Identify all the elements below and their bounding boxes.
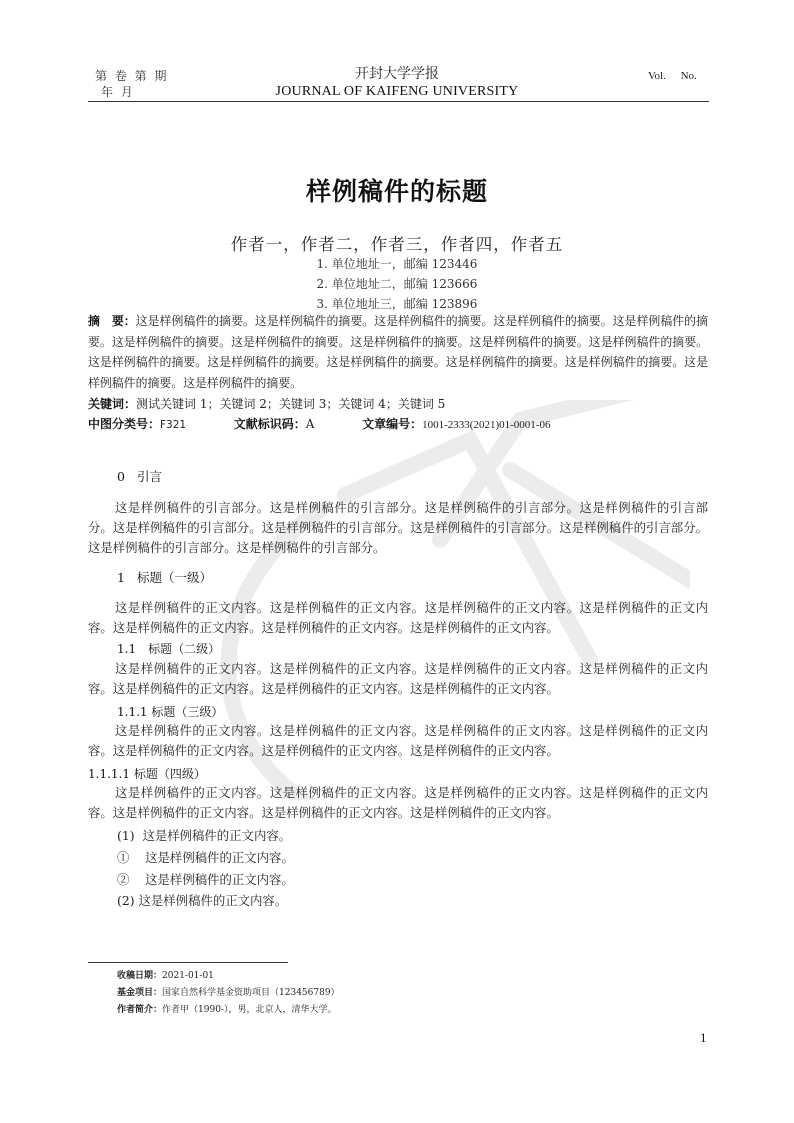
author-list: 作者一，作者二，作者三，作者四，作者五 bbox=[0, 231, 794, 255]
doc-code-value: A bbox=[306, 417, 315, 431]
vol-no: Vol. No. bbox=[648, 70, 697, 82]
section-title: 标题（三级） bbox=[151, 705, 223, 719]
abstract: 摘 要：这是样例稿件的摘要。这是样例稿件的摘要。这是样例稿件的摘要。这是样例稿件… bbox=[88, 311, 708, 393]
footnote-received-date: 收稿日期：2021-01-01 bbox=[117, 968, 214, 981]
footnote-label: 基金项目： bbox=[117, 988, 162, 998]
page-number: 1 bbox=[700, 1030, 707, 1046]
affiliation-1: 1. 单位地址一，邮编 123446 bbox=[0, 255, 794, 272]
no-label: No. bbox=[681, 70, 697, 82]
footnote-label: 收稿日期： bbox=[117, 971, 162, 981]
section-heading-1-1-1: 1.1.1 标题（三级） bbox=[117, 703, 223, 720]
footnote-value: 作者甲（1990-），男，北京人，清华大学。 bbox=[162, 1005, 336, 1015]
footnote-value: 2021-01-01 bbox=[162, 971, 214, 981]
section-number: 1 bbox=[117, 570, 125, 585]
affiliation-2: 2. 单位地址二，邮编 123666 bbox=[0, 275, 794, 292]
doc-code-label: 文献标识码： bbox=[234, 417, 306, 431]
section-1-1-paragraph: 这是样例稿件的正文内容。这是样例稿件的正文内容。这是样例稿件的正文内容。这是样例… bbox=[88, 659, 708, 699]
abstract-label: 摘 要： bbox=[88, 314, 136, 328]
article-no-value: 1001-2333(2021)01-0001-06 bbox=[422, 419, 550, 431]
section-title: 引言 bbox=[137, 469, 162, 484]
list-marker: ② bbox=[117, 872, 129, 887]
keywords-text: 测试关键词 1；关键词 2；关键词 3；关键词 4；关键词 5 bbox=[136, 397, 445, 411]
list-item: ② 这是样例稿件的正文内容。 bbox=[117, 870, 294, 888]
section-number: 1.1.1 bbox=[117, 705, 148, 719]
list-text: 这是样例稿件的正文内容。 bbox=[145, 850, 294, 865]
section-1-paragraph: 这是样例稿件的正文内容。这是样例稿件的正文内容。这是样例稿件的正文内容。这是样例… bbox=[88, 598, 708, 638]
header-divider bbox=[88, 101, 709, 102]
section-1-1-1-paragraph: 这是样例稿件的正文内容。这是样例稿件的正文内容。这是样例稿件的正文内容。这是样例… bbox=[88, 721, 708, 761]
keywords-label: 关键词： bbox=[88, 397, 136, 411]
list-text: 这是样例稿件的正文内容。 bbox=[139, 893, 288, 908]
abstract-text: 这是样例稿件的摘要。这是样例稿件的摘要。这是样例稿件的摘要。这是样例稿件的摘要。… bbox=[88, 314, 708, 390]
section-heading-1: 1标题（一级） bbox=[117, 568, 212, 586]
intro-paragraph: 这是样例稿件的引言部分。这是样例稿件的引言部分。这是样例稿件的引言部分。这是样例… bbox=[88, 498, 708, 558]
section-title: 标题（一级） bbox=[137, 570, 212, 585]
footnote-label: 作者简介： bbox=[117, 1005, 162, 1015]
journal-name-en: JOURNAL OF KAIFENG UNIVERSITY bbox=[0, 83, 794, 100]
section-title: 标题（二级） bbox=[148, 642, 220, 656]
classification-line: 中图分类号：F321 文献标识码：A 文章编号：1001-2333(2021)0… bbox=[88, 415, 708, 432]
list-marker: (2) bbox=[117, 893, 135, 908]
keywords: 关键词：测试关键词 1；关键词 2；关键词 3；关键词 4；关键词 5 bbox=[88, 395, 445, 412]
vol-label: Vol. bbox=[648, 70, 666, 82]
article-title: 样例稿件的标题 bbox=[0, 172, 794, 208]
section-number: 1.1.1.1 bbox=[88, 767, 130, 781]
list-marker: (1) bbox=[117, 828, 135, 843]
list-item: (1) 这是样例稿件的正文内容。 bbox=[117, 826, 291, 844]
footnote-funding: 基金项目：国家自然科学基金资助项目（123456789） bbox=[117, 985, 340, 998]
list-marker: ① bbox=[117, 850, 129, 865]
footnote-divider bbox=[88, 962, 288, 963]
section-1-1-1-1-paragraph: 这是样例稿件的正文内容。这是样例稿件的正文内容。这是样例稿件的正文内容。这是样例… bbox=[88, 783, 708, 823]
section-heading-1-1: 1.1标题（二级） bbox=[117, 640, 220, 657]
section-heading-intro: 0引言 bbox=[117, 467, 162, 485]
list-text: 这是样例稿件的正文内容。 bbox=[142, 828, 291, 843]
clc-label: 中图分类号： bbox=[88, 417, 160, 431]
list-item: ① 这是样例稿件的正文内容。 bbox=[117, 848, 294, 866]
affiliation-3: 3. 单位地址三，邮编 123896 bbox=[0, 295, 794, 312]
list-text: 这是样例稿件的正文内容。 bbox=[145, 872, 294, 887]
section-title: 标题（四级） bbox=[134, 767, 206, 781]
section-heading-1-1-1-1: 1.1.1.1 标题（四级） bbox=[88, 765, 206, 782]
article-no-label: 文章编号： bbox=[362, 417, 422, 431]
section-number: 1.1 bbox=[117, 642, 136, 656]
list-item: (2) 这是样例稿件的正文内容。 bbox=[117, 891, 287, 909]
clc-value: F321 bbox=[160, 419, 186, 431]
section-number: 0 bbox=[117, 469, 125, 484]
footnote-value: 国家自然科学基金资助项目（123456789） bbox=[162, 988, 340, 998]
footnote-author-bio: 作者简介：作者甲（1990-），男，北京人，清华大学。 bbox=[117, 1002, 336, 1015]
